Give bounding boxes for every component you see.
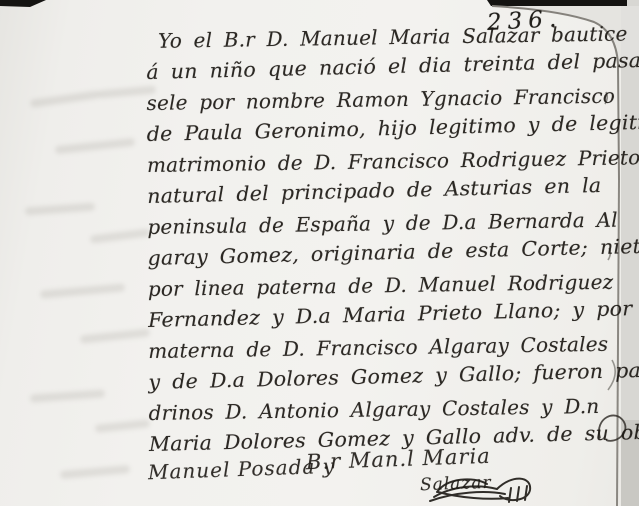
signature-salazar-line1: B.r Man.l Maria (306, 444, 491, 474)
bleed-through-mark (95, 419, 151, 433)
signature-salazar-line2: Salazar (420, 473, 492, 495)
bleed-through-mark (80, 328, 150, 343)
record-text: Yo el B.r D. Manuel Maria Salazar bautic… (146, 23, 635, 460)
bleed-through-mark (55, 138, 135, 154)
top-right-black-bar (487, 0, 627, 6)
bleed-through-mark (30, 389, 105, 402)
bleed-through-mark (90, 228, 151, 243)
top-left-black-mark (0, 0, 46, 7)
scanned-manuscript-page: 236. Yo el B.r D. Manuel Maria Salazar b… (0, 0, 639, 506)
bleed-through-mark (40, 283, 125, 298)
bleed-through-mark (30, 90, 100, 108)
bleed-through-mark (60, 465, 130, 479)
bleed-through-mark (25, 203, 95, 216)
